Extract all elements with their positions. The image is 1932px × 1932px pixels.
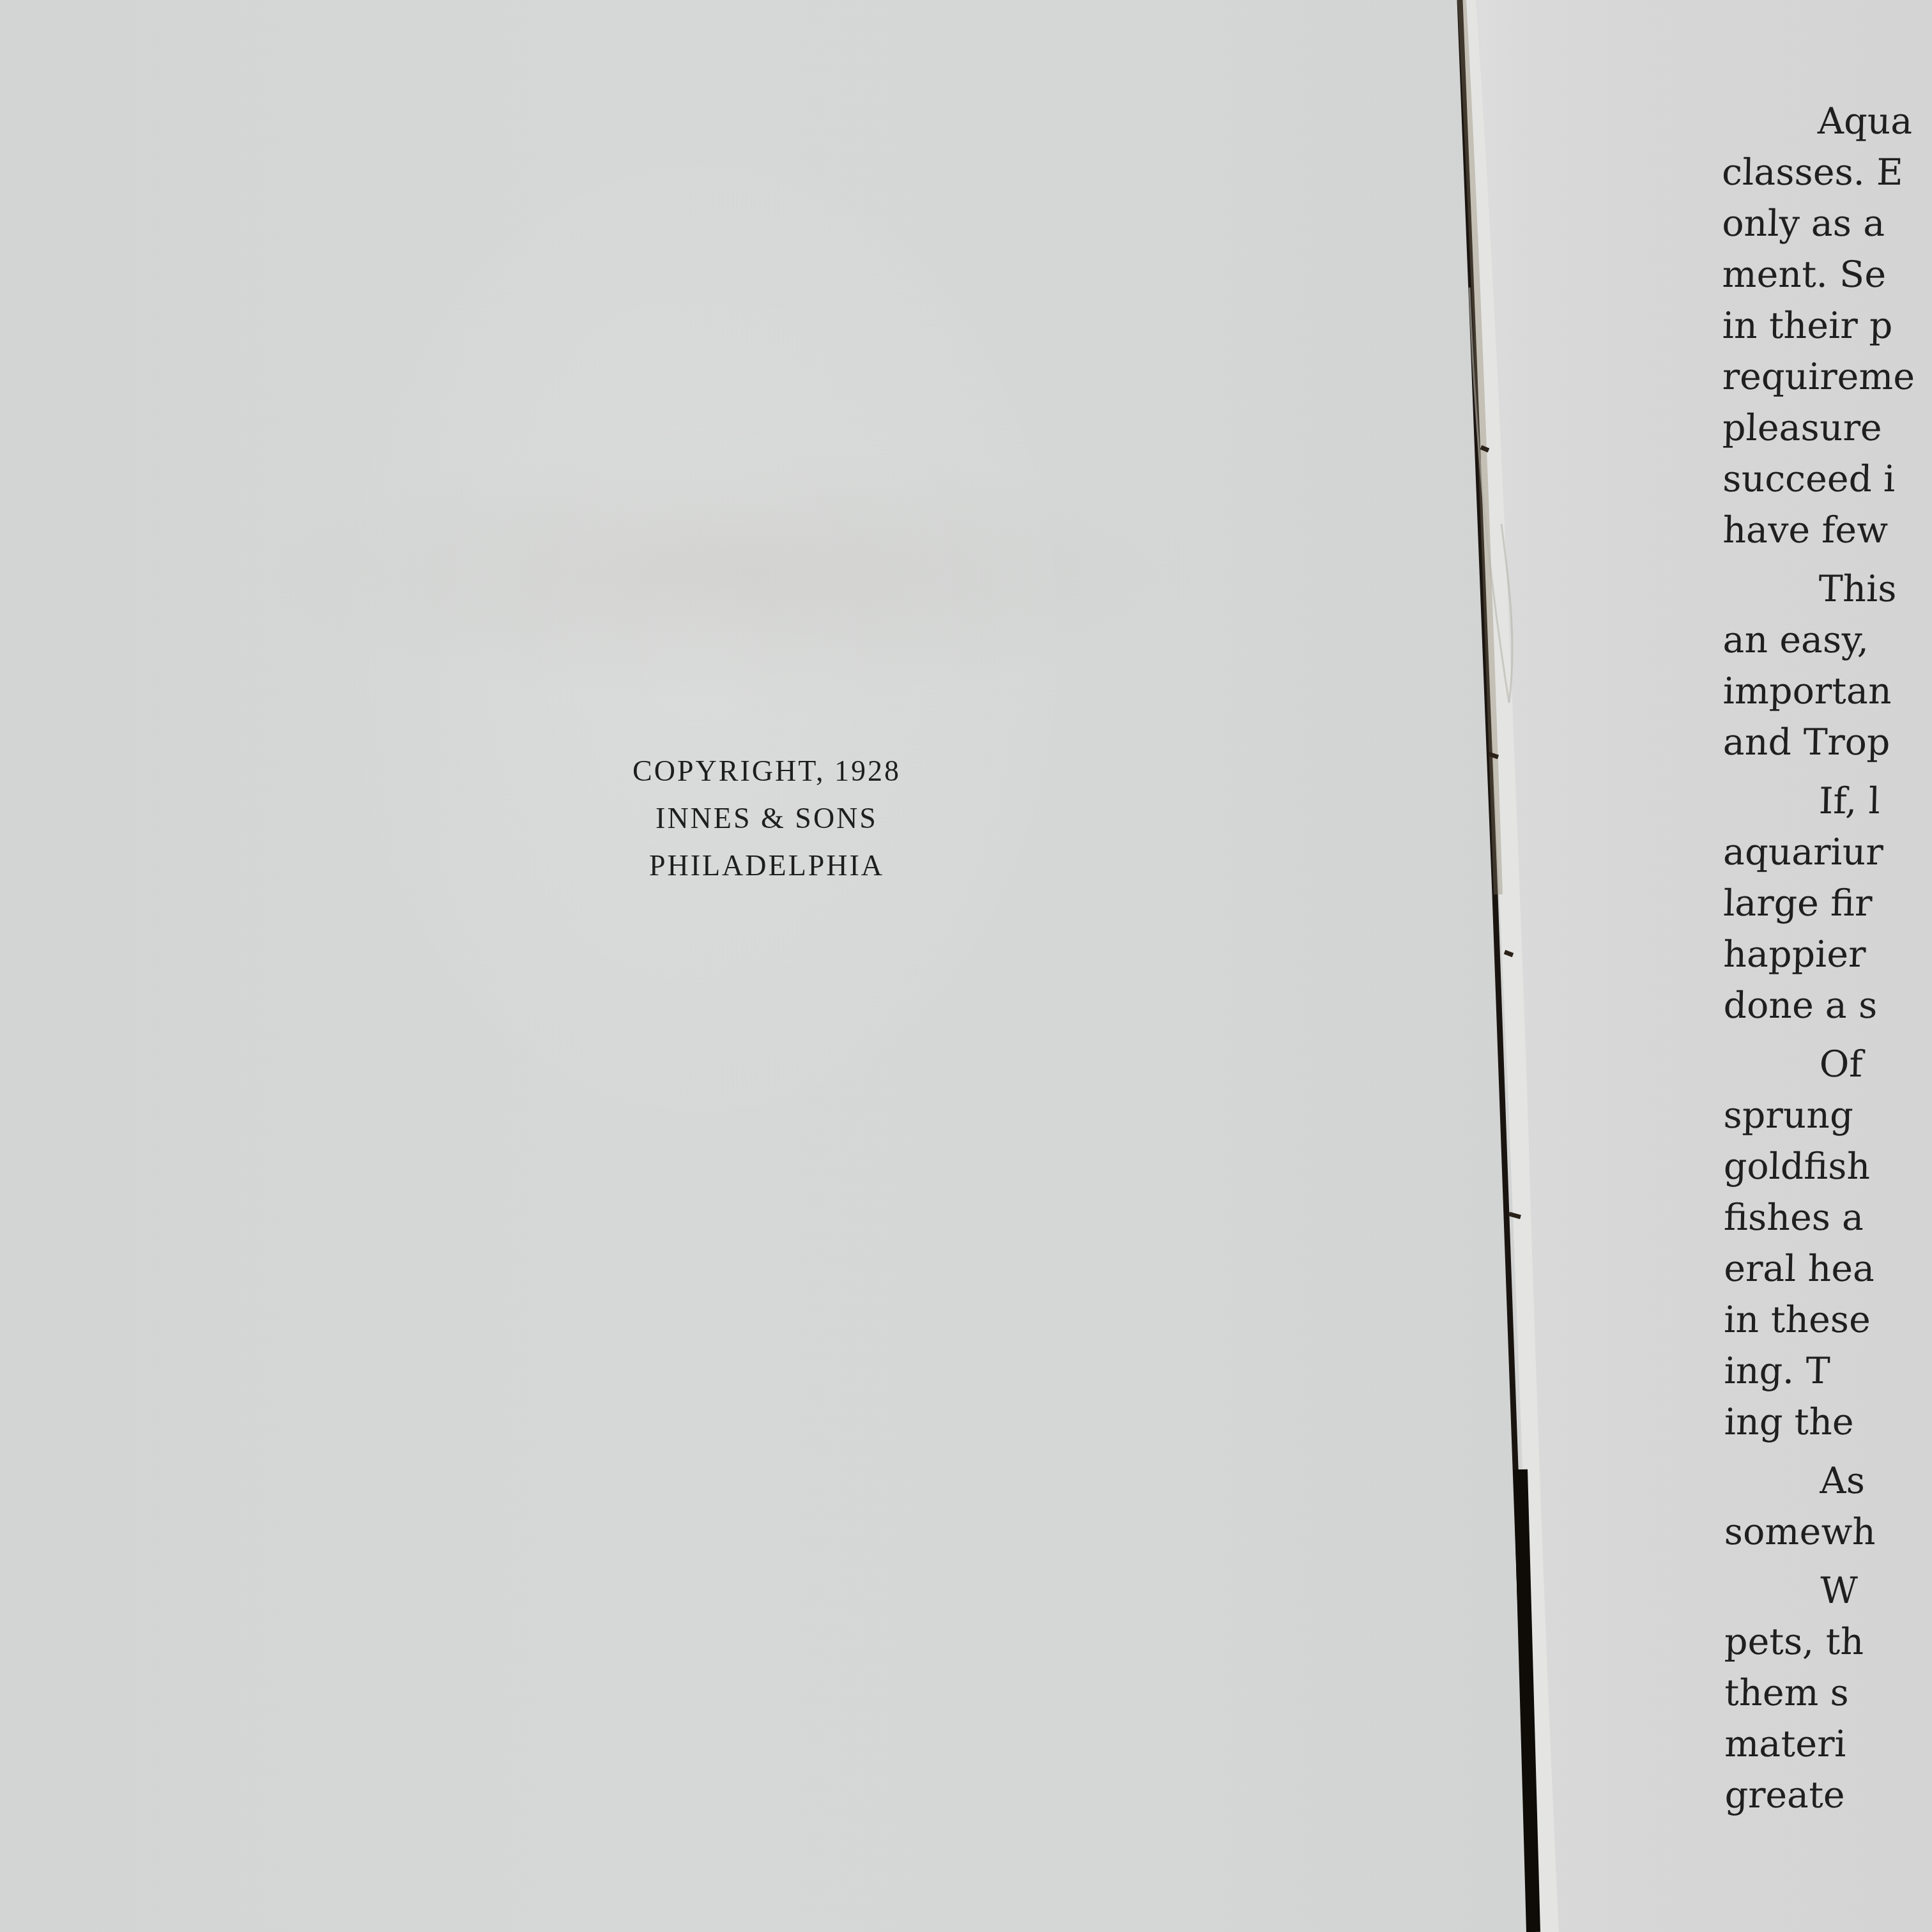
- paragraph: Of sprung goldfish fishes a eral hea in …: [1692, 1039, 1932, 1448]
- text-line: eral hea: [1723, 1243, 1932, 1294]
- copyright-year: COPYRIGHT, 1928: [575, 747, 958, 795]
- text-line: pets, th: [1724, 1616, 1932, 1667]
- text-line: large fir: [1722, 878, 1932, 929]
- paragraph: As somewh: [1689, 1455, 1932, 1558]
- text-line: This: [1722, 563, 1932, 615]
- text-line: only as a: [1722, 198, 1932, 249]
- text-line: fishes a: [1723, 1192, 1932, 1243]
- text-line: Aqua: [1721, 96, 1932, 147]
- left-page: COPYRIGHT, 1928 INNES & SONS PHILADELPHI…: [0, 0, 1521, 1932]
- text-line: ing the: [1724, 1397, 1932, 1448]
- book-spread: COPYRIGHT, 1928 INNES & SONS PHILADELPHI…: [0, 0, 1932, 1932]
- text-line: and Trop: [1722, 717, 1932, 768]
- paragraph: W pets, th them s materi greate: [1683, 1565, 1932, 1821]
- paragraph: This an easy, importan and Trop: [1707, 563, 1932, 768]
- text-line: W: [1724, 1565, 1932, 1616]
- text-line: done a s: [1723, 980, 1932, 1031]
- text-line: have few: [1722, 505, 1932, 556]
- text-line: goldfish: [1723, 1141, 1932, 1192]
- text-line: materi: [1724, 1719, 1932, 1770]
- text-line: As: [1724, 1455, 1932, 1506]
- paragraph: If, l aquariur large fir happier done a …: [1701, 776, 1932, 1031]
- text-line: in these: [1724, 1294, 1932, 1345]
- text-line: pleasure: [1722, 402, 1932, 454]
- text-line: aquariur: [1722, 827, 1932, 878]
- text-line: somewh: [1724, 1506, 1932, 1558]
- copyright-notice: COPYRIGHT, 1928 INNES & SONS PHILADELPHI…: [575, 747, 958, 889]
- body-text: Aqua classes. E only as a ment. Se in th…: [1683, 96, 1932, 1828]
- text-line: ing. T: [1724, 1345, 1932, 1397]
- text-line: requireme: [1722, 351, 1932, 402]
- text-line: importan: [1722, 666, 1932, 717]
- text-line: Of: [1723, 1039, 1932, 1090]
- text-line: them s: [1724, 1667, 1932, 1719]
- text-line: in their p: [1722, 300, 1932, 351]
- text-line: ment. Se: [1722, 249, 1932, 300]
- paragraph: Aqua classes. E only as a ment. Se in th…: [1712, 96, 1932, 556]
- publisher-name: INNES & SONS: [575, 795, 958, 842]
- text-line: If, l: [1722, 776, 1932, 827]
- text-line: happier: [1723, 929, 1932, 980]
- text-line: classes. E: [1721, 147, 1932, 198]
- publisher-city: PHILADELPHIA: [575, 842, 958, 889]
- text-line: an easy,: [1722, 615, 1932, 666]
- text-line: sprung: [1723, 1090, 1932, 1141]
- paper-stain: [256, 447, 1214, 703]
- text-line: succeed i: [1722, 454, 1932, 505]
- text-line: greate: [1724, 1770, 1932, 1821]
